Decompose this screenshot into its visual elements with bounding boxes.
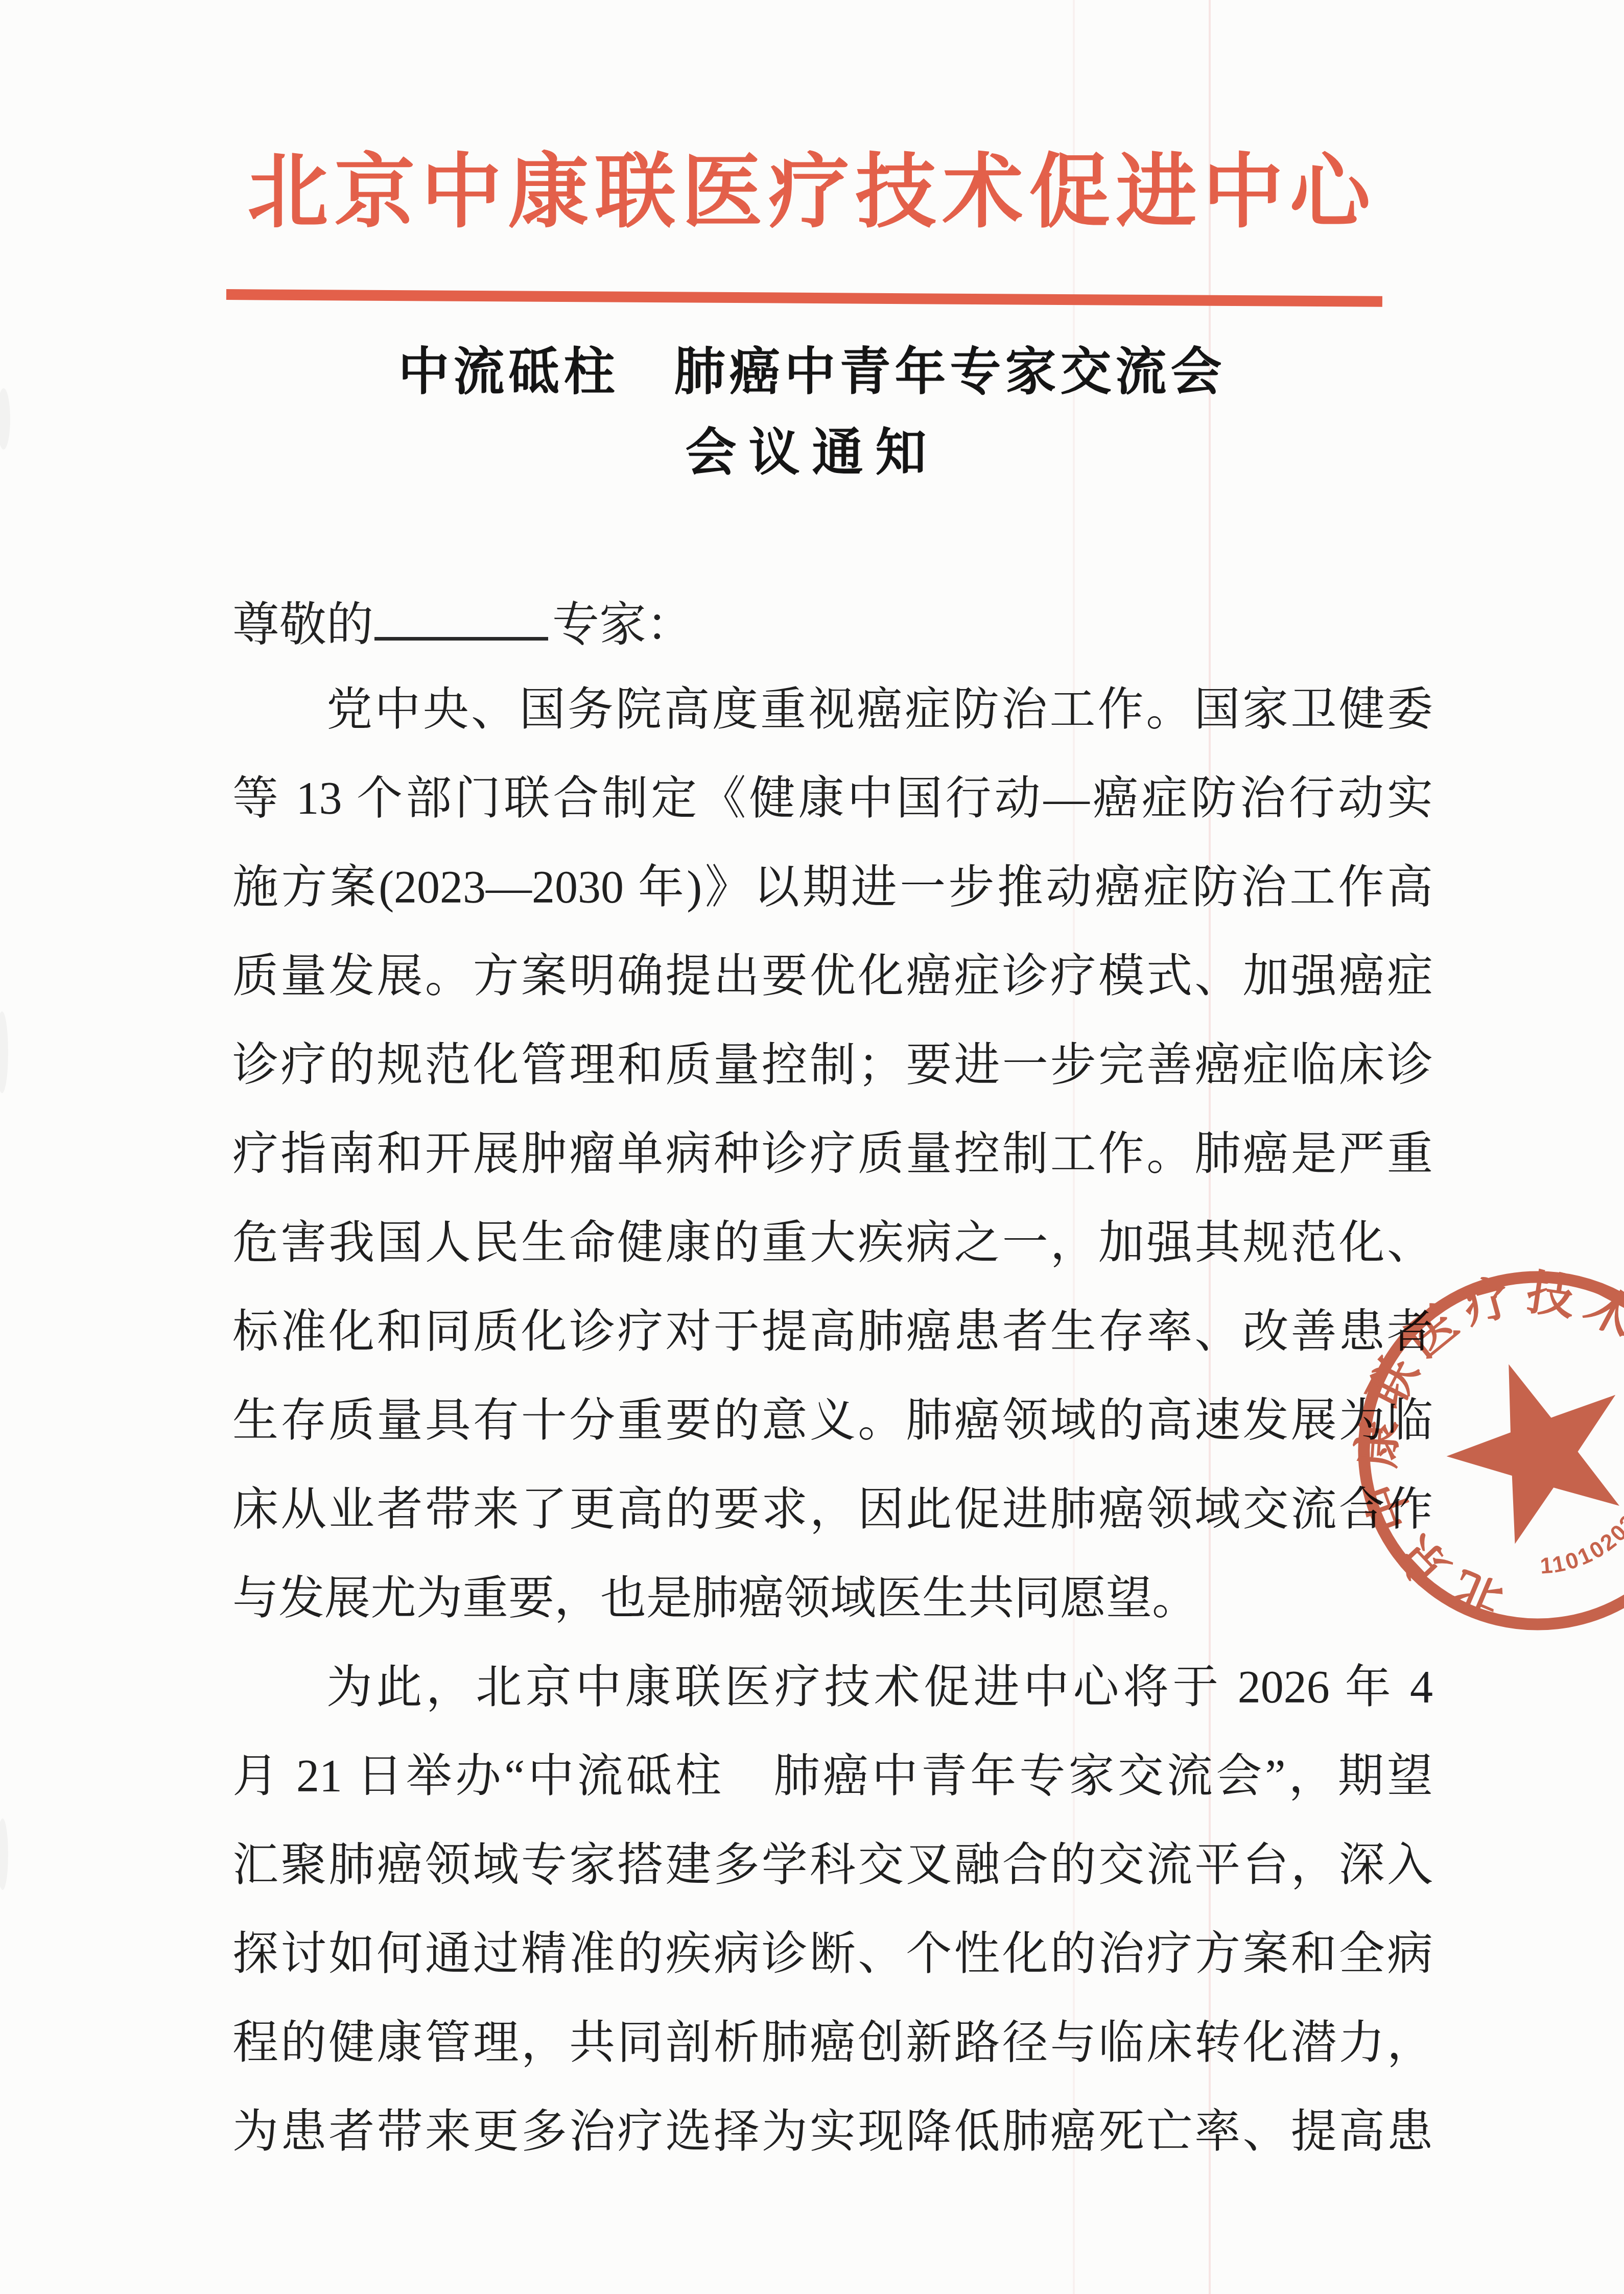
- salutation-line: 尊敬的专家：: [232, 586, 1433, 663]
- body-line: 与发展尤为重要，也是肺癌领域医生共同愿望。: [232, 1554, 1433, 1643]
- scanned-letter-page: 北京中康联医疗技术促进中心 中流砥柱 肺癌中青年专家交流会 会议通知 尊敬的专家…: [0, 0, 1624, 2294]
- body-line: 标准化和同质化诊疗对于提高肺癌患者生存率、改善患者: [232, 1288, 1433, 1377]
- body-line: 等 13 个部门联合制定《健康中国行动—癌症防治行动实: [232, 754, 1433, 843]
- stamp-registration-number: 110102020200128: [1528, 1408, 1624, 1609]
- body-line: 为患者带来更多治疗选择为实现降低肺癌死亡率、提高患: [232, 2088, 1433, 2177]
- body-line: 床从业者带来了更高的要求，因此促进肺癌领域交流合作: [232, 1465, 1433, 1554]
- star-icon: [1424, 1334, 1624, 1556]
- meeting-title: 中流砥柱 肺癌中青年专家交流会: [0, 341, 1624, 403]
- letterhead-title: 北京中康联医疗技术促进中心: [0, 145, 1624, 242]
- body-line: 党中央、国务院高度重视癌症防治工作。国家卫健委: [232, 666, 1433, 754]
- salutation-prefix: 尊敬的: [232, 599, 373, 651]
- letterhead-divider-rule: [226, 289, 1382, 307]
- stamp-registration-textpath: 110102020200128: [1528, 1408, 1624, 1609]
- body-line: 诊疗的规范化管理和质量控制；要进一步完善癌症临床诊: [232, 1021, 1433, 1110]
- salutation-blank-underline: [374, 590, 548, 641]
- body-line: 疗指南和开展肿瘤单病种诊疗质量控制工作。肺癌是严重: [232, 1110, 1433, 1199]
- scan-edge-smudge: [0, 1818, 8, 1890]
- salutation-suffix: 专家：: [552, 599, 693, 651]
- body-line: 月 21 日举办“中流砥柱 肺癌中青年专家交流会”，期望: [232, 1732, 1433, 1821]
- body-line: 程的健康管理，共同剖析肺癌创新路径与临床转化潜力，: [232, 1999, 1433, 2088]
- body-line: 汇聚肺癌领域专家搭建多学科交叉融合的交流平台，深入: [232, 1821, 1433, 1910]
- scan-edge-smudge: [0, 1011, 8, 1093]
- body-line: 施方案(2023—2030 年)》以期进一步推动癌症防治工作高: [232, 843, 1433, 932]
- body-line: 探讨如何通过精准的疾病诊断、个性化的治疗方案和全病: [232, 1910, 1433, 1999]
- letter-body: 党中央、国务院高度重视癌症防治工作。国家卫健委等 13 个部门联合制定《健康中国…: [232, 666, 1433, 2177]
- body-line: 为此，北京中康联医疗技术促进中心将于 2026 年 4: [232, 1643, 1433, 1732]
- body-line: 危害我国人民生命健康的重大疾病之一，加强其规范化、: [232, 1199, 1433, 1288]
- notice-title: 会议通知: [0, 422, 1624, 483]
- body-line: 生存质量具有十分重要的意义。肺癌领域的高速发展为临: [232, 1377, 1433, 1465]
- body-line: 质量发展。方案明确提出要优化癌症诊疗模式、加强癌症: [232, 932, 1433, 1021]
